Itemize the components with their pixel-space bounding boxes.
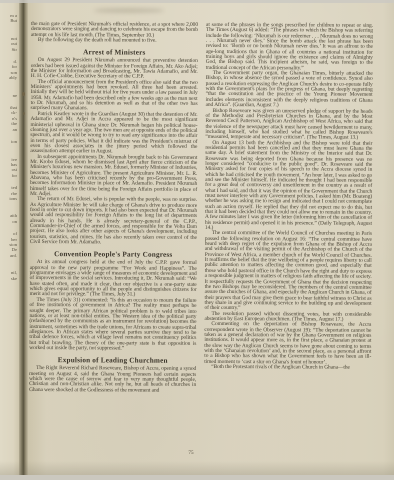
left-column: the main gate of President Nkrumah's off… bbox=[29, 22, 198, 394]
book-gutter-fold bbox=[19, 0, 28, 480]
paragraph: The Government party organ, the Ghanaian… bbox=[206, 71, 373, 109]
paragraph: Bishop Roseveare was given an unreserved… bbox=[205, 108, 372, 141]
paragraph: Patrick Keatley wrote in the Guardian (A… bbox=[30, 112, 197, 156]
paragraph: On August 13 both the Archbishop and the… bbox=[205, 140, 372, 232]
paper-speck bbox=[23, 112, 25, 115]
paragraph: On August 29 President Nkrumah announced… bbox=[31, 58, 198, 80]
paragraph: The central committee of the World Counc… bbox=[204, 231, 371, 312]
scan-bottom-shadow bbox=[0, 461, 394, 475]
scan-bottom-edge bbox=[0, 475, 394, 480]
paper-speck bbox=[22, 92, 25, 96]
facing-page-line-fragments: m aButnotoutSird.forsonablynethatck-n'st… bbox=[0, 6, 17, 281]
section-heading-arrest-of-ministers: Arrest of Ministers bbox=[31, 48, 198, 57]
facing-page-edge: m aButnotoutSird.forsonablynethatck-n'st… bbox=[0, 0, 19, 480]
paragraph: In subsequent appointments Dr. Nkrumah b… bbox=[30, 155, 197, 199]
paragraph: The return of Mr. Edusei, who is popular… bbox=[30, 197, 197, 246]
paragraph: At its annual congress held at the end o… bbox=[30, 260, 197, 298]
paragraph: at some of the phrases in the songs pres… bbox=[206, 23, 373, 72]
paragraph: The Times (July 31) commented: “Is this … bbox=[29, 298, 196, 352]
paragraph: By the following day the death roll had … bbox=[31, 38, 198, 44]
page-number: 75 bbox=[28, 450, 354, 456]
scan-smudge bbox=[94, 8, 164, 13]
scanned-book-page: m aButnotoutSird.forsonablynethatck-n'st… bbox=[0, 0, 394, 480]
paragraph: The official announcement from the Presi… bbox=[31, 80, 198, 113]
section-heading-expulsion-churchmen: Expulsion of Leading Churchmen bbox=[29, 356, 196, 365]
scan-top-edge bbox=[0, 0, 394, 3]
paragraph: “Both the Protestant rivals of the Angli… bbox=[204, 365, 371, 371]
section-heading-cpp-congress: Convention People's Party Congress bbox=[30, 250, 197, 259]
paragraph: Commenting on the deportation of Bishop … bbox=[204, 322, 371, 366]
page-surface: the main gate of President Nkrumah's off… bbox=[28, 0, 394, 480]
paragraph: The Right Reverend Richard Roseveare, Bi… bbox=[29, 366, 196, 394]
right-column: at some of the phrases in the songs pres… bbox=[204, 23, 373, 395]
text-columns: the main gate of President Nkrumah's off… bbox=[29, 22, 373, 395]
